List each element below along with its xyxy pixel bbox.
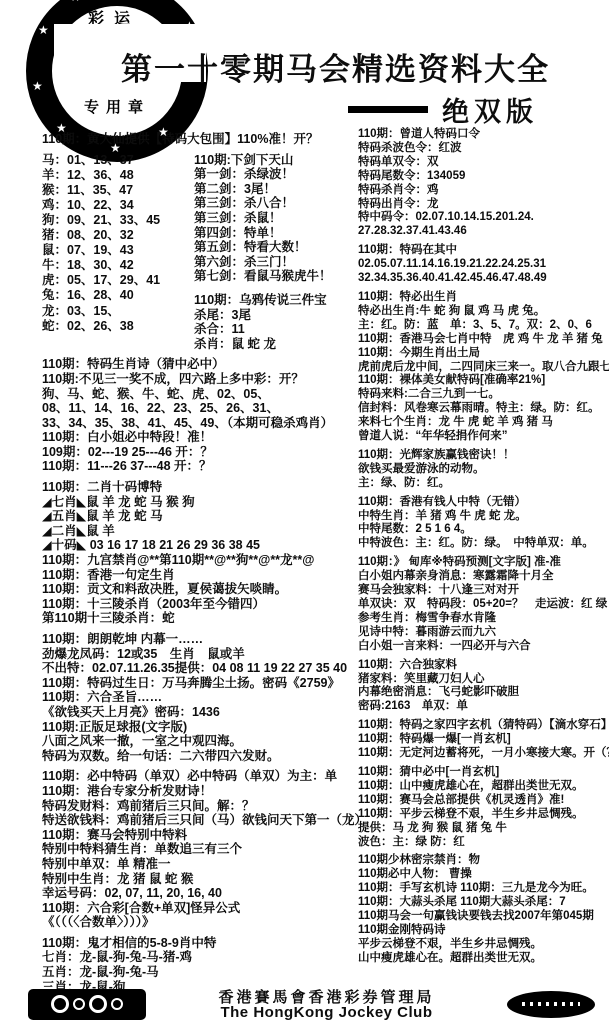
text-line: 主：红。防：蓝 单：3、5、7。双：2、0、6 <box>358 319 604 333</box>
logo-circle-icon <box>51 995 69 1013</box>
left-column: 110期：黄大仙提供【特码大包围】110%准！开？ 马：01、13、37羊：12… <box>42 128 356 982</box>
section-one-xiao-mystery: 110期：猜中必中[一肖玄机]110期：山中瘦虎雄心在，超群出类世无双。110期… <box>358 766 604 849</box>
text-line: 特码发财料：鸡前猪后三只间。解：？ <box>42 799 356 814</box>
section-rich-people: 110期：香港有钱人中特（无错）中特生肖：羊 猪 鸡 牛 虎 蛇 龙。中特尾数：… <box>358 496 604 552</box>
text-line: 110期：11---26 37---48 开：？ <box>42 459 356 474</box>
text-line: 110期马会一句赢钱诀要钱去找2007年第045期 <box>358 910 604 924</box>
text-line: ◢二肖◣鼠 羊 <box>42 524 356 539</box>
text-line: 110期：赛马会总部提供《机灵透肖》准! <box>358 794 604 808</box>
section-special-code-within: 110期：特码在其中02.05.07.11.14.16.19.21.22.24.… <box>358 244 604 286</box>
text-line: 特别中特料猜生肖：单数追三有三个 <box>42 842 356 857</box>
footer: 香港賽馬會香港彩券管理局 The HongKong Jockey Club <box>0 984 609 1024</box>
zodiac-row: 兔：16、28、40 <box>42 288 194 303</box>
text-line: 特码尾数令：134059 <box>358 170 604 184</box>
sword-list: 110期:下剑下天山第一剑：杀绿波！第二剑：3尾！第三剑：杀八合！第三剑：杀鼠！… <box>194 153 356 284</box>
text-line: 来料七个生肖：龙 牛 虎 蛇 羊 鸡 猪 马 <box>358 416 604 430</box>
text-line: 劲爆龙凤码：12或35 生肖 鼠或羊 <box>42 647 356 662</box>
section-text-prediction: 110期：》 甸库※特码预测[文字版] 准-准白小姐内幕亲身消息：寒露霜降十月全… <box>358 556 604 653</box>
text-line: 110期金刚特码诗 <box>358 924 604 938</box>
section-dragon-phoenix: 110期：朗朗乾坤 内幕一……劲爆龙凤码：12或35 生肖 鼠或羊不出特：02.… <box>42 632 356 763</box>
header: ★ ★ ★ ★ ★ ★ ★ ★ ★ 彩运 专用章 第一十零期马会精选资料大全 绝… <box>0 0 609 128</box>
zodiac-row: 龙：03、15、 <box>42 304 194 319</box>
section-two-xiao-ten-codes: 110期：二肖十码博特◢七肖◣鼠 羊 龙 蛇 马 猴 狗◢五肖◣鼠 羊 龙 蛇 … <box>42 480 356 626</box>
logo-circle-icon <box>111 998 123 1010</box>
footer-oval-logo <box>507 991 595 1018</box>
zodiac-row: 鼠：07、19、43 <box>42 243 194 258</box>
crow-line: 杀尾：3尾 <box>194 308 356 323</box>
text-line: 特码单双令：双 <box>358 156 604 170</box>
page-title: 第一十零期马会精选资料大全 <box>121 44 550 89</box>
text-line: 单双诀：双 特码段：05+20=？ 走运波：红 绿 <box>358 598 604 612</box>
text-line: 110期：特码在其中 <box>358 244 604 258</box>
star-icon: ★ <box>56 122 67 134</box>
footer-org-name-cn: 香港賽馬會香港彩券管理局 <box>146 989 507 1005</box>
text-line: 特码来料:二合三九到一七。 <box>358 388 604 402</box>
sword-column: 110期:下剑下天山第一剑：杀绿波！第二剑：3尾！第三剑：杀八合！第三剑：杀鼠！… <box>194 153 356 352</box>
text-line: 中特波色：主：红。防：绿。 中特单双：单。 <box>358 537 604 551</box>
zodiac-row: 虎：05、17、29、41 <box>42 273 194 288</box>
text-line: 110期：贡文和料敌决胜，夏侯蔼拔矢啖睛。 <box>42 582 356 597</box>
text-line: 信封料：风卷寒云幕雨晴。特主：绿。防：红。 <box>358 402 604 416</box>
text-line: 第110期十三陵杀肖：蛇 <box>42 611 356 626</box>
text-line: 110期：黄大仙提供【特码大包围】110%准！开？ <box>42 132 356 147</box>
content: 110期：黄大仙提供【特码大包围】110%准！开？ 马：01、13、37羊：12… <box>0 128 609 982</box>
logo-circle-icon <box>89 995 107 1013</box>
text-line: 110期:不见三一奖不成，四六路上多中彩：开？ <box>42 372 356 387</box>
star-icon: ★ <box>38 24 49 36</box>
text-line: 110期：特码爆一爆[一肖玄机] <box>358 733 604 747</box>
text-line: 波色：主：绿 防：红 <box>358 836 604 850</box>
text-line: 110期：必中特码（单双）必中特码（单双）为主：单 <box>42 769 356 784</box>
text-line: 八面之风来一撤，一室之中观四海。 <box>42 734 356 749</box>
text-line: 《欲钱买天上月亮》密码：1436 <box>42 705 356 720</box>
text-line: 33、34、35、38、41、45、49、（本期可稳杀鸡肖） <box>42 416 356 431</box>
text-line: 110期：平步云梯登不艰，半生乡井忌惆残。 <box>358 808 604 822</box>
text-line: 110期：六合彩[合数+单双]怪异公式 <box>42 901 356 916</box>
text-line: 110期：二肖十码博特 <box>42 480 356 495</box>
text-line: 狗、马、蛇、猴、牛、蛇、虎、02、05、 <box>42 387 356 402</box>
text-line: 平步云梯登不艰，半生乡井忌惆残。 <box>358 938 604 952</box>
text-line: 中特尾数：2 5 1 6 4。 <box>358 523 604 537</box>
text-line: 110期：特码生肖诗（猜中必中） <box>42 357 356 372</box>
text-line: 27.28.32.37.41.43.46 <box>358 225 604 239</box>
text-line: 110期：山中瘦虎雄心在，超群出类世无双。 <box>358 780 604 794</box>
text-line: 特中码令：02.07.10.14.15.201.24. <box>358 211 604 225</box>
section-zodiac-poem: 110期：特码生肖诗（猜中必中）110期:不见三一奖不成，四六路上多中彩：开？狗… <box>42 357 356 474</box>
zodiac-row: 鸡：10、22、34 <box>42 198 194 213</box>
text-line: 赛马会独家料：十八逢三对对开 <box>358 584 604 598</box>
text-line: 110期：特码之家四字玄机（猜特码）【滴水穿石】 <box>358 719 604 733</box>
sword-line: 第三剑：杀鼠！ <box>194 211 356 226</box>
text-line: 特码杀肖令：鸡 <box>358 184 604 198</box>
subtitle-row: 绝双版 <box>348 90 538 129</box>
zodiac-row: 牛：18、30、42 <box>42 258 194 273</box>
text-line: 110期：六合独家料 <box>358 659 604 673</box>
star-icon: ★ <box>32 80 43 92</box>
text-line: 110期：手写玄机诗 110期：三九是龙今为旺。 <box>358 882 604 896</box>
text-line: 08、11、14、16、22、23、25、26、31、 <box>42 401 356 416</box>
page-subtitle: 绝双版 <box>442 90 538 129</box>
text-line: 特别中生肖：龙 猪 鼠 蛇 猴 <box>42 872 356 887</box>
section-zengdaoren-passwords: 110期：曾道人特码口令特码杀波色令：红波特码单双令：双特码尾数令：134059… <box>358 128 604 239</box>
subtitle-dash <box>348 106 428 113</box>
text-line: 虎前虎后龙中间，二四同床三来一。取八合九跟七定。 <box>358 361 604 375</box>
text-line: 七肖：龙-鼠-狗-兔-马-猪-鸡 <box>42 950 356 965</box>
text-line: 主：绿、防：红。 <box>358 477 604 491</box>
crow-line: 杀肖：鼠 蛇 龙 <box>194 337 356 352</box>
text-line: 110期少林密宗禁肖：物 <box>358 854 604 868</box>
zodiac-row: 羊：12、36、48 <box>42 168 194 183</box>
text-line: ◢十码◣ 03 16 17 18 21 26 29 36 38 45 <box>42 538 356 553</box>
text-line: 提供：马 龙 狗 猴 鼠 猪 兔 牛 <box>358 822 604 836</box>
text-line: 参考生肖：梅雪争春水肯隆 <box>358 612 604 626</box>
text-line: 110期：大蒜头杀尾 110期大蒜头杀尾：7 <box>358 896 604 910</box>
text-line: 110期：港台专家分析发财诗！ <box>42 784 356 799</box>
sword-line: 第五剑：特看大数！ <box>194 240 356 255</box>
text-line: 109期：02---19 25---46 开：？ <box>42 445 356 460</box>
text-line: 110期：六合圣旨…… <box>42 690 356 705</box>
text-line: 内幕绝密消息：飞弓蛇影吓破胆 <box>358 686 604 700</box>
footer-org-name: 香港賽馬會香港彩券管理局 The HongKong Jockey Club <box>146 989 507 1020</box>
sword-line: 第三剑：杀八合！ <box>194 196 356 211</box>
star-icon: ★ <box>158 126 169 138</box>
section-misc-bottom: 110期少林密宗禁肖：物110期必中人物： 曹操110期：手写玄机诗 110期：… <box>358 854 604 965</box>
sword-line: 第二剑：3尾！ <box>194 182 356 197</box>
text-line: 110期：特必出生肖 <box>358 291 604 305</box>
sword-line: 第一剑：杀绿波！ <box>194 167 356 182</box>
text-line: 110期：白小姐必中特段！准！ <box>42 430 356 445</box>
text-line: 不出特：02.07.11.26.35提供：04 08 11 19 22 27 3… <box>42 661 356 676</box>
text-line: 110期：香港有钱人中特（无错） <box>358 496 604 510</box>
scan-page: { "colors": { "ink": "#0d0d0d", "paper":… <box>0 0 609 1024</box>
text-line: 110期：光辉家族赢钱密诀！！ <box>358 449 604 463</box>
right-column: 110期：曾道人特码口令特码杀波色令：红波特码单双令：双特码尾数令：134059… <box>358 128 604 982</box>
text-line: 110期:正版足球报(文字版) <box>42 720 356 735</box>
text-line: 白小姐一言来料：一四必开与六合 <box>358 640 604 654</box>
text-line: 幸运号码：02, 07, 11, 20, 16, 40 <box>42 886 356 901</box>
zodiac-row: 蛇：02、26、38 <box>42 319 194 334</box>
jockey-club-logo <box>28 989 146 1020</box>
text-line: 特码为双数。给一句话：二六带四六发财。 <box>42 749 356 764</box>
footer-org-name-en: The HongKong Jockey Club <box>146 1005 507 1020</box>
text-line: 山中瘦虎雄心在。超群出类世无双。 <box>358 952 604 966</box>
text-line: 110期：无定河边蓄将死，一月小寒接大寒。开（？？） <box>358 747 604 761</box>
text-line: 02.05.07.11.14.16.19.21.22.24.25.31 <box>358 258 604 272</box>
text-line: 110期：裸体美女献特码[准确率21%] <box>358 374 604 388</box>
zodiac-number-list: 马：01、13、37羊：12、36、48猴：11、35、47鸡：10、22、34… <box>42 153 194 352</box>
text-line: 110期：十三陵杀肖（2003年至今错四） <box>42 597 356 612</box>
text-line: 110期：朗朗乾坤 内幕一…… <box>42 632 356 647</box>
text-line: 见诗中特：暮雨游云而九六 <box>358 626 604 640</box>
sword-line: 第四剑：特单！ <box>194 226 356 241</box>
text-line: 110期：特码过生日：万马奔腾尘土扬。密码《2759》 <box>42 676 356 691</box>
logo-circle-icon <box>73 998 85 1010</box>
crow-line: 杀合：11 <box>194 322 356 337</box>
section-four-char-mystery: 110期：特码之家四字玄机（猜特码）【滴水穿石】110期：特码爆一爆[一肖玄机]… <box>358 719 604 761</box>
text-line: 32.34.35.36.40.41.42.45.46.47.48.49 <box>358 272 604 286</box>
section-special-picks: 110期：必中特码（单双）必中特码（单双）为主：单110期：港台专家分析发财诗！… <box>42 769 356 930</box>
text-line: 110期必中人物： 曹操 <box>358 868 604 882</box>
text-line: 中特生肖：羊 猪 鸡 牛 虎 蛇 龙。 <box>358 510 604 524</box>
text-line: 《（（（〈合数单〉）））》 <box>42 915 356 930</box>
star-icon: ★ <box>70 0 81 3</box>
seal-bottom-text: 专用章 <box>84 96 150 117</box>
sword-line: 110期:下剑下天山 <box>194 153 356 168</box>
text-line: 白小姐内幕亲身消息：寒露霜降十月全 <box>358 570 604 584</box>
text-line: 曾道人说：“年华轻捐作何来” <box>358 430 604 444</box>
section-glorious-family: 110期：光辉家族赢钱密诀！！欲钱买最爱游泳的动物。主：绿、防：红。 <box>358 449 604 491</box>
text-line: 110期：鬼才相信的5-8-9肖中特 <box>42 936 356 951</box>
text-line: 110期：曾道人特码口令 <box>358 128 604 142</box>
text-line: 密码:2163 单双：单 <box>358 700 604 714</box>
section-zodiac-and-swords: 马：01、13、37羊：12、36、48猴：11、35、47鸡：10、22、34… <box>42 153 356 352</box>
text-line: 特送欲钱料：鸡前猪后三只间（马）欲钱问天下第一（龙） <box>42 813 356 828</box>
text-line: 五肖：龙-鼠-狗-兔-马 <box>42 965 356 980</box>
crow-legend-list: 110期：乌鸦传说三件宝杀尾：3尾杀合：11杀肖：鼠 蛇 龙 <box>194 293 356 351</box>
text-line: ◢五肖◣鼠 羊 龙 蛇 马 <box>42 509 356 524</box>
text-line: 特码出肖令：龙 <box>358 198 604 212</box>
text-line: 猪家料：笑里藏刀妇人心 <box>358 673 604 687</box>
star-icon: ★ <box>110 142 121 154</box>
text-line: 特别中单双：单 精准一 <box>42 857 356 872</box>
text-line: 110期：九宫禁肖@**第110期**@**狗**@**龙**@ <box>42 553 356 568</box>
sword-line: 第七剑：看鼠马猴虎牛！ <box>194 269 356 284</box>
section-liuhe-exclusive: 110期：六合独家料猪家料：笑里藏刀妇人心内幕绝密消息：飞弓蛇影吓破胆密码:21… <box>358 659 604 715</box>
text-line: 110期：猜中必中[一肖玄机] <box>358 766 604 780</box>
text-line: 110期：香港马会七肖中特 虎 鸡 牛 龙 羊 猪 兔 <box>358 333 604 347</box>
zodiac-row: 狗：09、21、33、45 <box>42 213 194 228</box>
zodiac-row: 猴：11、35、47 <box>42 183 194 198</box>
text-line: 110期：香港一句定生肖 <box>42 568 356 583</box>
crow-line: 110期：乌鸦传说三件宝 <box>194 293 356 308</box>
sword-line: 第六剑：杀三门！ <box>194 255 356 270</box>
text-line: ◢七肖◣鼠 羊 龙 蛇 马 猴 狗 <box>42 495 356 510</box>
section-must-appear-zodiac: 110期：特必出生肖特必出生肖:牛 蛇 狗 鼠 鸡 马 虎 兔。主：红。防：蓝 … <box>358 291 604 444</box>
zodiac-row: 猪：08、20、32 <box>42 228 194 243</box>
star-icon: ★ <box>152 0 163 1</box>
text-line: 特码杀波色令：红波 <box>358 142 604 156</box>
section-huangdaxian-title: 110期：黄大仙提供【特码大包围】110%准！开？ <box>42 132 356 147</box>
text-line: 特必出生肖:牛 蛇 狗 鼠 鸡 马 虎 兔。 <box>358 305 604 319</box>
text-line: 110期：今期生肖出土局 <box>358 347 604 361</box>
text-line: 欲钱买最爱游泳的动物。 <box>358 463 604 477</box>
text-line: 110期：赛马会特别中特料 <box>42 828 356 843</box>
text-line: 110期：》 甸库※特码预测[文字版] 准-准 <box>358 556 604 570</box>
